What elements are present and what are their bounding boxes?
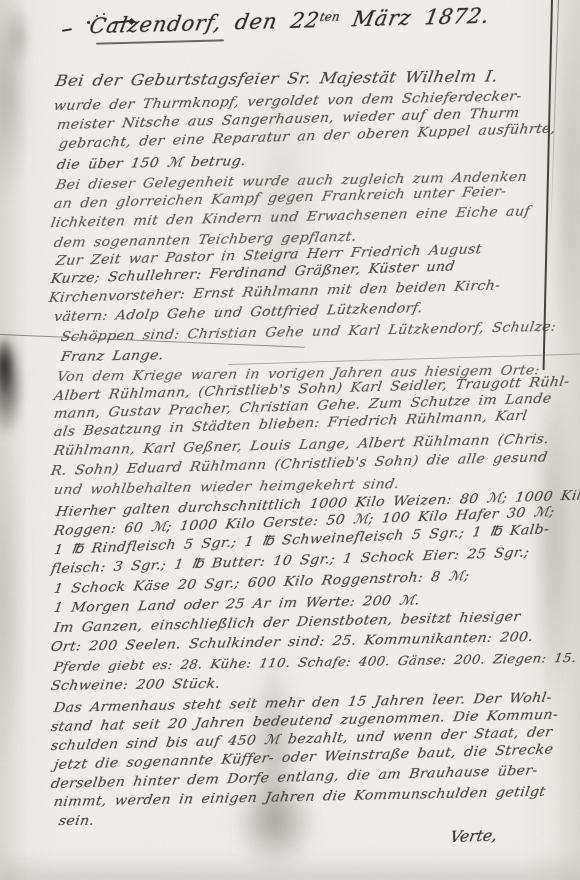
scanned-document-page: Calzendorf, den 22ten März 1872. Bei der…	[0, 0, 580, 880]
manuscript-line: Franz Lange.	[60, 348, 165, 365]
manuscript-line: Pferde giebt es: 28. Kühe: 110. Schafe: …	[53, 650, 578, 674]
manuscript-line: Schöppen sind: Christian Gehe und Karl L…	[60, 320, 558, 345]
dateline: Calzendorf, den 22ten März 1872.	[88, 4, 492, 39]
dateline-text: März 1872.	[337, 4, 492, 32]
dateline-underline-flourish	[96, 39, 224, 44]
paper-stain	[0, 852, 580, 880]
ink-blotch	[0, 330, 24, 438]
manuscript-line: die über 150 ℳ betrug.	[56, 154, 247, 173]
ink-blotch	[0, 336, 15, 394]
manuscript-line: vätern: Adolp Gehe und Gottfried Lützken…	[53, 301, 424, 325]
pen-mark	[62, 28, 72, 32]
paper-stain	[4, 4, 32, 68]
manuscript-line: Schweine: 200 Stück.	[50, 677, 222, 694]
paper-stain	[0, 430, 22, 770]
verte-note: Verte,	[449, 826, 499, 846]
paper-stain	[0, 0, 28, 200]
manuscript-line: sein.	[57, 814, 95, 829]
dateline-text: Calzendorf, den 22	[88, 8, 322, 38]
manuscript-line: Bei der Geburtstagsfeier Sr. Majestät Wi…	[54, 67, 499, 90]
